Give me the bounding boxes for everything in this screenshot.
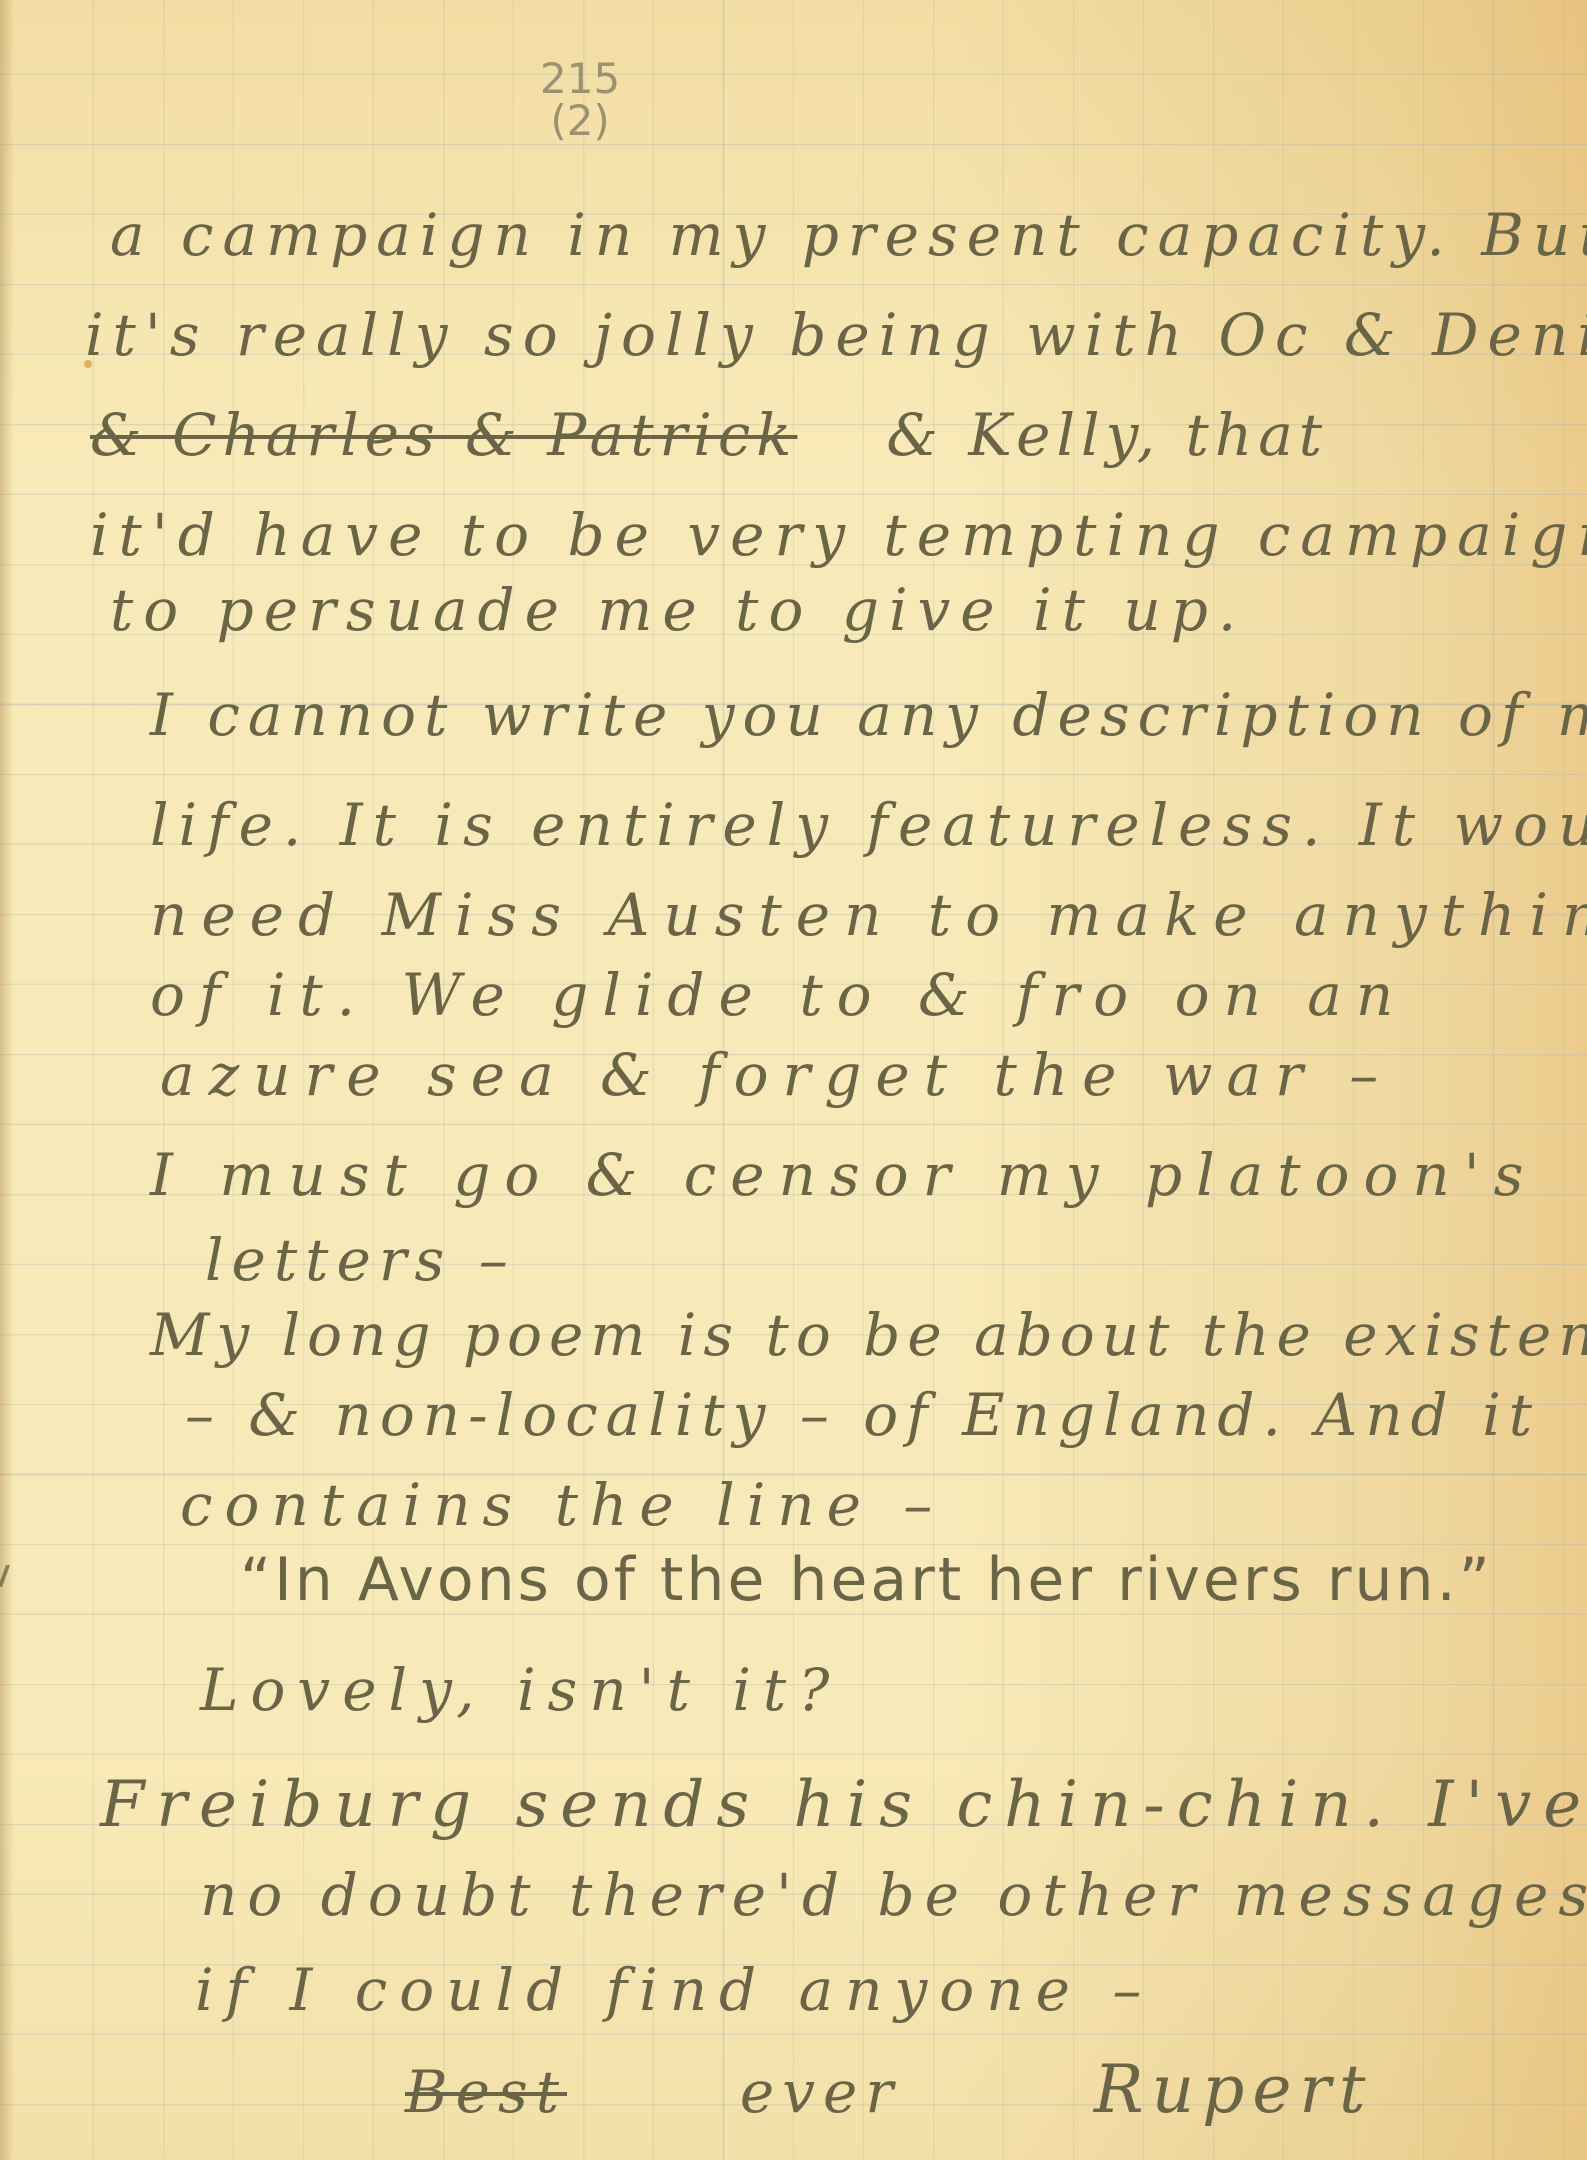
letter-line-11: I must go & censor my platoon's [150, 1140, 1537, 1210]
letter-line-19: no doubt there'd be other messages, [200, 1860, 1587, 1930]
letter-line-14: – & non-locality – of England. And it [185, 1380, 1540, 1450]
letter-page: 215 (2) a campaign in my present capacit… [0, 0, 1587, 2160]
line-3-text: & Kelly, that [886, 401, 1328, 469]
closing-line: Best ever Rupert [405, 2055, 1374, 2127]
letter-line-5: to persuade me to give it up. [110, 575, 1246, 645]
letter-line-3: & Charles & Patrick & Kelly, that [90, 400, 1328, 470]
signature: Rupert [1094, 2051, 1374, 2128]
folio-sub: (2) [540, 100, 620, 142]
letter-line-9: of it. We glide to & fro on an [150, 960, 1407, 1030]
folio-number: 215 (2) [540, 58, 620, 142]
struck-closing-word: Best [405, 2058, 567, 2126]
page-edge-shadow [0, 0, 14, 2160]
letter-line-2: it's really so jolly being with Oc & Den… [85, 300, 1587, 370]
letter-line-8: need Miss Austen to make anything [150, 880, 1587, 950]
letter-line-13: My long poem is to be about the existenc… [150, 1300, 1587, 1370]
letter-line-12: letters – [205, 1225, 516, 1295]
letter-line-15: contains the line – [180, 1470, 944, 1540]
letter-line-4: it'd have to be very tempting campaign [90, 500, 1587, 570]
folio-main: 215 [540, 58, 620, 100]
struck-names: & Charles & Patrick [90, 401, 797, 469]
letter-line-6: I cannot write you any description of my [150, 680, 1587, 750]
poem-quote-line: “In Avons of the heart her rivers run.” [240, 1545, 1493, 1615]
letter-line-20: if I could find anyone – [195, 1955, 1153, 2025]
letter-line-7: life. It is entirely featureless. It wou… [150, 790, 1587, 860]
letter-line-1: a campaign in my present capacity. But [110, 200, 1587, 270]
letter-line-17: Lovely, isn't it? [200, 1655, 841, 1725]
closing-word: ever [740, 2058, 901, 2126]
ink-spot [84, 360, 92, 368]
letter-line-18: Freiburg sends his chin-chin. I've [100, 1770, 1587, 1840]
letter-line-10: azure sea & forget the war – [160, 1040, 1392, 1110]
